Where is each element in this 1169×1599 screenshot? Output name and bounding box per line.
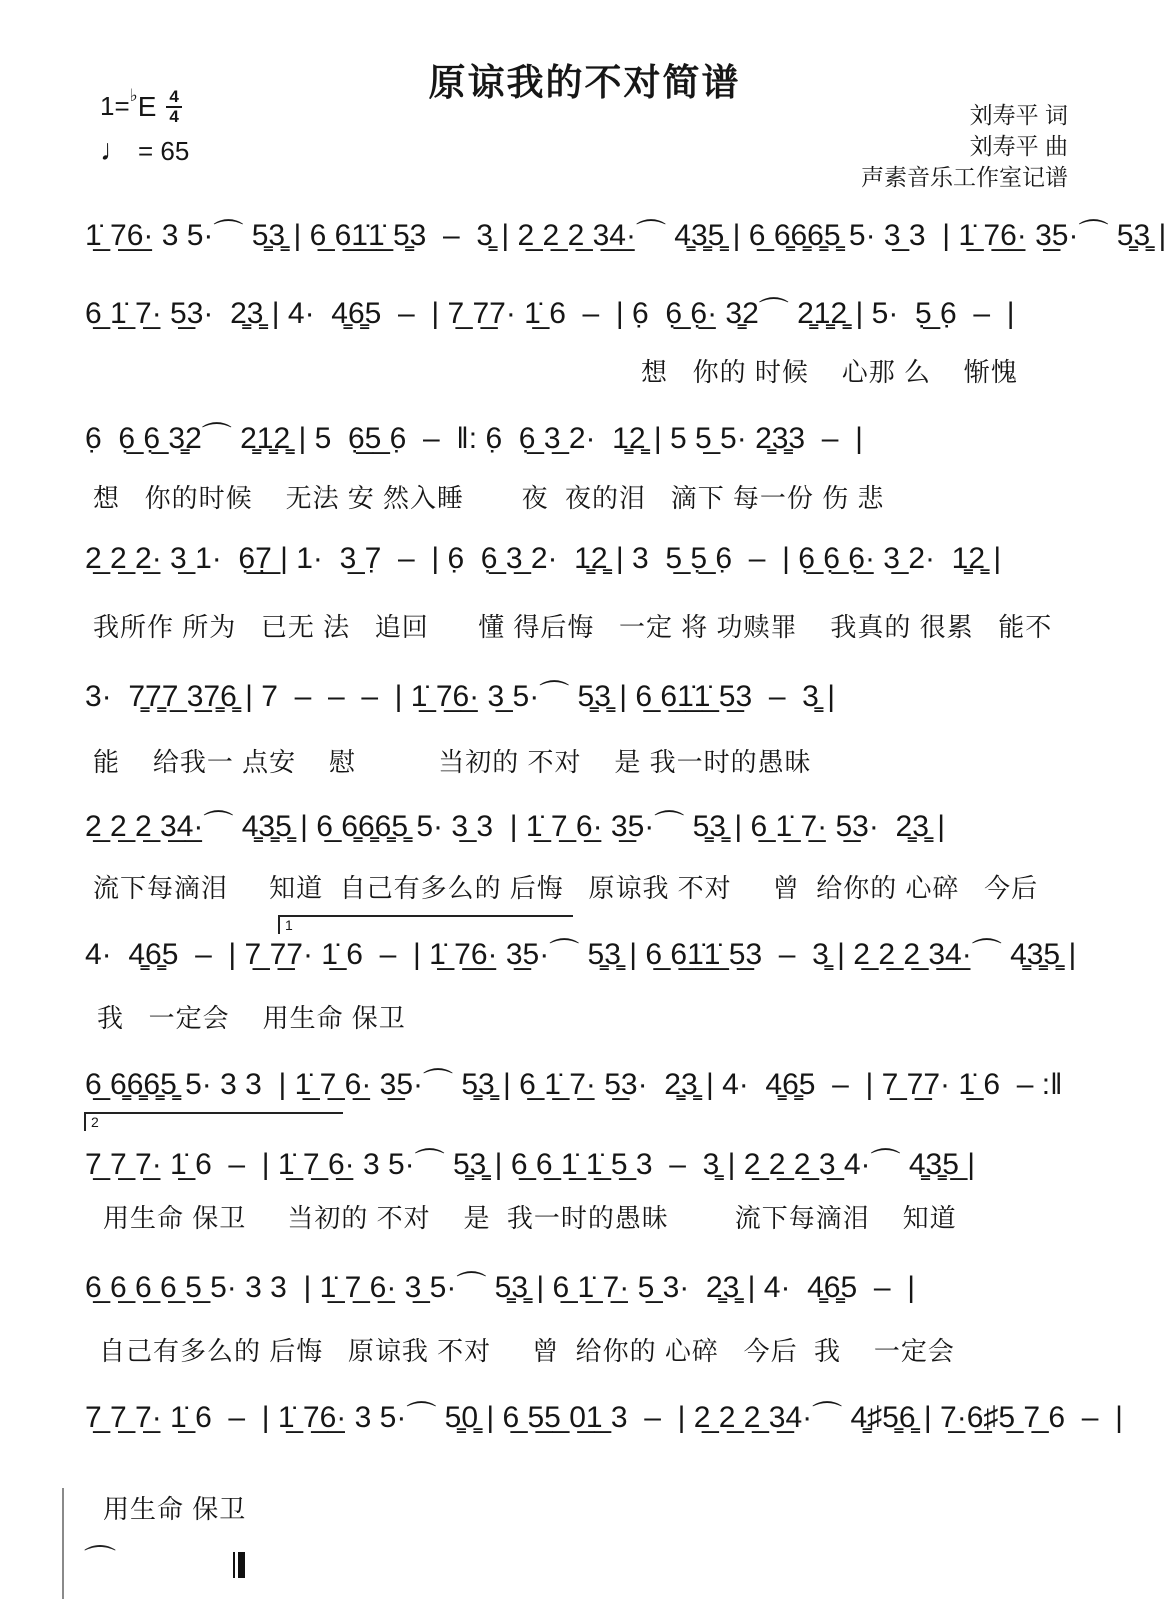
key-letter: E [138,91,157,123]
time-signature-numerator: 4 [166,88,181,108]
flat-icon: ♭ [130,86,138,106]
time-signature: 4 4 [166,88,181,126]
notation-line-4: 2̲ 2̲ 2̲· 3̲ 1· 6̲̣7̲̣ | 1· 3̲ 7̣ – | 6̣… [85,542,1125,576]
key-prefix: 1= [100,91,130,122]
quarter-note-icon: ♩ [100,134,130,167]
lyrics-line-7: 我 一定会 用生命 保卫 [85,998,1137,1035]
transcriber-credit: 声素音乐工作室记谱 [861,162,1068,193]
slur-arc-icon: ⌒ [84,1536,116,1582]
page-edge-artifact [62,1488,64,1599]
volta-2-number: 2 [91,1114,99,1130]
credits: 刘寿平 词 刘寿平 曲 声素音乐工作室记谱 [861,100,1068,193]
notation-line-5: 3· 7̳7̳7̲ 3̲7̳6̳ | 7 – – – | 1̲̇ 7̲6̲· 3… [85,671,1125,715]
notation-line-6: 2̲ 2̲ 2̲ 3̲4̲·⌒ 4̳3̳5̳ | 6̲ 6̳6̳6̳5̳ 5· … [85,801,1125,845]
lyrics-line-2: 想 你的 时候 心那 么 惭愧 [85,352,1169,389]
lyrics-line-6: 流下每滴泪 知道 自己有多么的 后悔 原谅我 不对 曾 给你的 心碎 今后 [85,868,1133,905]
lyrics-line-5: 能 给我一 点安 慰 当初的 不对 是 我一时的愚昧 [85,742,1133,779]
final-barline-icon [233,1552,249,1578]
lyrics-line-10: 自己有多么的 后悔 原谅我 不对 曾 给你的 心碎 今后 我 一定会 [85,1331,1139,1368]
notation-line-3: 6̣ 6̲̣ 6̲̣ 3̳2⌒ 2̳1̳2̳ | 5 6̲̣5̲ 6̣ – ‖:… [85,413,1125,457]
key-signature: 1=♭E 4 4 [100,88,182,126]
notation-line-7: 4· 4̳6̳5 – | 7̲ 7̲7· 1̲̇ 6 – | 1̲̇ 7̲6̲·… [85,929,1125,973]
lyrics-line-11: 用生命 保卫 [85,1489,1143,1526]
notation-line-2: 6̲ 1̲̇ 7̲· 5̲3· 2̳3̳ | 4· 4̳6̳5 – | 7̲ 7… [85,288,1125,332]
tempo-marking: ♩= 65 [100,134,189,168]
volta-bracket-2: 2 [84,1112,343,1131]
notation-line-8: 6̲ 6̳6̳6̳5̳ 5· 3 3 | 1̲̇ 7̲ 6̲· 3̲5·⌒ 5̳… [85,1059,1125,1103]
sheet-music-page: 原谅我的不对简谱 1=♭E 4 4 ♩= 65 刘寿平 词 刘寿平 曲 声素音乐… [0,0,1169,1599]
notation-line-9: 7̲ 7̲ 7̲· 1̲̇ 6 – | 1̲̇ 7̲ 6̲· 3 5·⌒ 5̳3… [85,1139,1125,1183]
notation-line-11: 7̲ 7̲ 7̲· 1̲̇ 6 – | 1̲̇ 7̲6̲· 3 5·⌒ 5̳0̳… [85,1392,1125,1436]
lyricist-credit: 刘寿平 词 [861,100,1068,131]
final-barline-thick [238,1552,245,1578]
lyrics-line-9: 用生命 保卫 当初的 不对 是 我一时的愚昧 流下每滴泪 知道 [85,1198,1143,1235]
composer-credit: 刘寿平 曲 [861,131,1068,162]
tempo-value: = 65 [138,136,189,166]
notation-line-1: 1̲̇ 7̲6̲· 3 5·⌒ 5̳3̳ | 6̲ 6̲1̲̇1̲̇ 5̳3 –… [85,210,1125,254]
time-signature-denominator: 4 [166,108,181,126]
lyrics-line-4: 我所作 所为 已无 法 追回 懂 得后悔 一定 将 功赎罪 我真的 很累 能不 [85,607,1133,644]
lyrics-line-3: 想 你的时候 无法 安 然入睡 夜 夜的泪 滴下 每一份 伤 悲 [85,478,1133,515]
notation-line-10: 6̲ 6̲ 6̲ 6̲ 5̲ 5· 3 3 | 1̲̇ 7̲ 6̲· 3̲ 5·… [85,1262,1125,1306]
final-barline-thin [233,1552,235,1578]
